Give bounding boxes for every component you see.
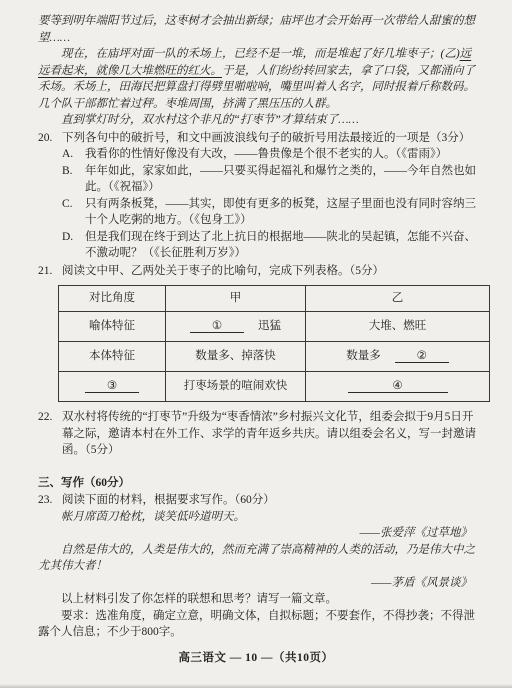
row2-yi-cell: 数量多②	[306, 342, 490, 372]
blank-2-number: ②	[417, 350, 427, 362]
row2-angle: 本体特征	[59, 342, 166, 372]
passage-paragraph-2: 现在，在庙坪对面一队的禾场上，已经不是一堆，而是堆起了好几堆枣子；(乙)远远看起…	[38, 46, 482, 112]
blank-3: ③	[85, 380, 139, 393]
question-21-stem: 阅读文中甲、乙两处关于枣子的比喻句，完成下列表格。（5分）	[62, 263, 482, 280]
question-20-option-c: C. 只有两条板凳，——其实，即使有更多的板凳，这屋子里面也没有同时容纳三十个人…	[62, 196, 482, 229]
option-c-label: C.	[62, 196, 85, 229]
page-footer: 高三语文 — 10 —（共10页）	[0, 650, 512, 667]
row1-angle: 喻体特征	[59, 312, 166, 342]
row3-jia-cell: 打枣场景的喧闹欢快	[166, 372, 306, 402]
row1-jia-text: 迅猛	[258, 320, 281, 332]
option-b-label: B.	[62, 163, 85, 196]
passage-p2-pre: 现在，在庙坪对面一队的禾场上，已经不是一堆，而是堆起了好几堆枣子；(乙)	[61, 48, 460, 60]
question-23-number: 23.	[38, 492, 62, 509]
writing-prompt: 以上材料引发了你怎样的联想和思考？请写一篇文章。	[38, 591, 482, 608]
question-20-option-d: D. 但是我们现在终于到达了北上抗日的根据地——陕北的吴起镇，怎能不兴奋、不激动…	[62, 229, 482, 262]
option-d-label: D.	[62, 229, 85, 262]
table-row-effect: ③ 打枣场景的喧闹欢快 ④	[59, 372, 490, 402]
option-a-text: 我看你的性情好像没有大改，——鲁贵像是个很不老实的人。（《雷雨》）	[85, 146, 482, 163]
table-row-vehicle: 喻体特征 ①迅猛 大堆、燃旺	[59, 312, 490, 342]
material-quote-2-attribution: ——茅盾《风景谈》	[38, 575, 482, 592]
material-quote-1-attribution: ——张爱萍《过草地》	[38, 525, 482, 542]
question-20: 20. 下列各句中的破折号，和文中画波浪线句子的破折号用法最接近的一项是（3分）…	[38, 130, 482, 262]
question-20-option-b: B. 年年如此，家家如此，——只要买得起福礼和爆竹之类的，——今年自然也如此。（…	[62, 163, 482, 196]
question-21-number: 21.	[38, 263, 62, 280]
comparison-table: 对比角度 甲 乙 喻体特征 ①迅猛 大堆、燃旺 本体特征 数量多、掉落快 数量多…	[58, 285, 490, 402]
row1-yi-cell: 大堆、燃旺	[306, 312, 490, 342]
material-quote-2: 自然是伟大的，人类是伟大的，然而充满了崇高精神的人类的活动，乃是伟大中之尤其伟大…	[38, 542, 482, 575]
question-23: 23. 阅读下面的材料，根据要求写作。（60分）	[38, 492, 482, 509]
question-20-number: 20.	[38, 130, 62, 262]
passage-continuation: 要等到明年端阳节过后，这枣树才会抽出新绿；庙坪也才会开始再一次带给人甜蜜的想望……	[38, 13, 482, 46]
question-21: 21. 阅读文中甲、乙两处关于枣子的比喻句，完成下列表格。（5分）	[38, 263, 482, 280]
question-20-option-a: A. 我看你的性情好像没有大改，——鲁贵像是个很不老实的人。（《雷雨》）	[62, 146, 482, 163]
passage-paragraph-3: 直到掌灯时分，双水村这个非凡的“打枣节”才算结束了……	[38, 112, 482, 129]
question-22-number: 22.	[38, 409, 62, 459]
writing-requirements: 要求：选准角度，确定立意，明确文体，自拟标题；不要套作，不得抄袭；不得泄露个人信…	[38, 608, 482, 641]
question-20-stem: 下列各句中的破折号，和文中画波浪线句子的破折号用法最接近的一项是（3分）	[62, 130, 482, 147]
row3-yi-cell: ④	[306, 372, 490, 402]
question-22-text: 双水村将传统的“打枣节”升级为“枣香情浓”乡村振兴文化节，组委会拟于9月5日开幕…	[62, 409, 482, 459]
exam-page: 要等到明年端阳节过后，这枣树才会抽出新绿；庙坪也才会开始再一次带给人甜蜜的想望……	[0, 0, 512, 688]
blank-1-number: ①	[212, 320, 222, 332]
table-header-angle: 对比角度	[59, 286, 166, 312]
blank-1: ①	[190, 320, 244, 333]
material-quote-1: 帐月席茵刀枪枕，谈笑低吟道明天。	[38, 509, 482, 526]
option-a-label: A.	[62, 146, 85, 163]
table-header-yi: 乙	[306, 286, 490, 312]
table-header-row: 对比角度 甲 乙	[59, 286, 490, 312]
option-b-text: 年年如此，家家如此，——只要买得起福礼和爆竹之类的，——今年自然也如此。（《祝福…	[85, 163, 482, 196]
blank-2: ②	[395, 350, 449, 363]
blank-4: ④	[348, 380, 448, 393]
row2-yi-text: 数量多	[346, 350, 381, 362]
question-23-stem: 阅读下面的材料，根据要求写作。（60分）	[62, 492, 482, 509]
blank-3-number: ③	[107, 380, 117, 392]
question-22: 22. 双水村将传统的“打枣节”升级为“枣香情浓”乡村振兴文化节，组委会拟于9月…	[38, 409, 482, 459]
row2-jia-cell: 数量多、掉落快	[166, 342, 306, 372]
table-header-jia: 甲	[166, 286, 306, 312]
option-c-text: 只有两条板凳，——其实，即使有更多的板凳，这屋子里面也没有同时容纳三十个人吃粥的…	[85, 196, 482, 229]
option-d-text: 但是我们现在终于到达了北上抗日的根据地——陕北的吴起镇，怎能不兴奋、不激动呢？（…	[85, 229, 482, 262]
blank-4-number: ④	[392, 380, 402, 392]
row1-jia-cell: ①迅猛	[166, 312, 306, 342]
table-row-tenor: 本体特征 数量多、掉落快 数量多②	[59, 342, 490, 372]
section-three-title: 三、写作（60分）	[38, 475, 482, 492]
row3-angle-cell: ③	[59, 372, 166, 402]
